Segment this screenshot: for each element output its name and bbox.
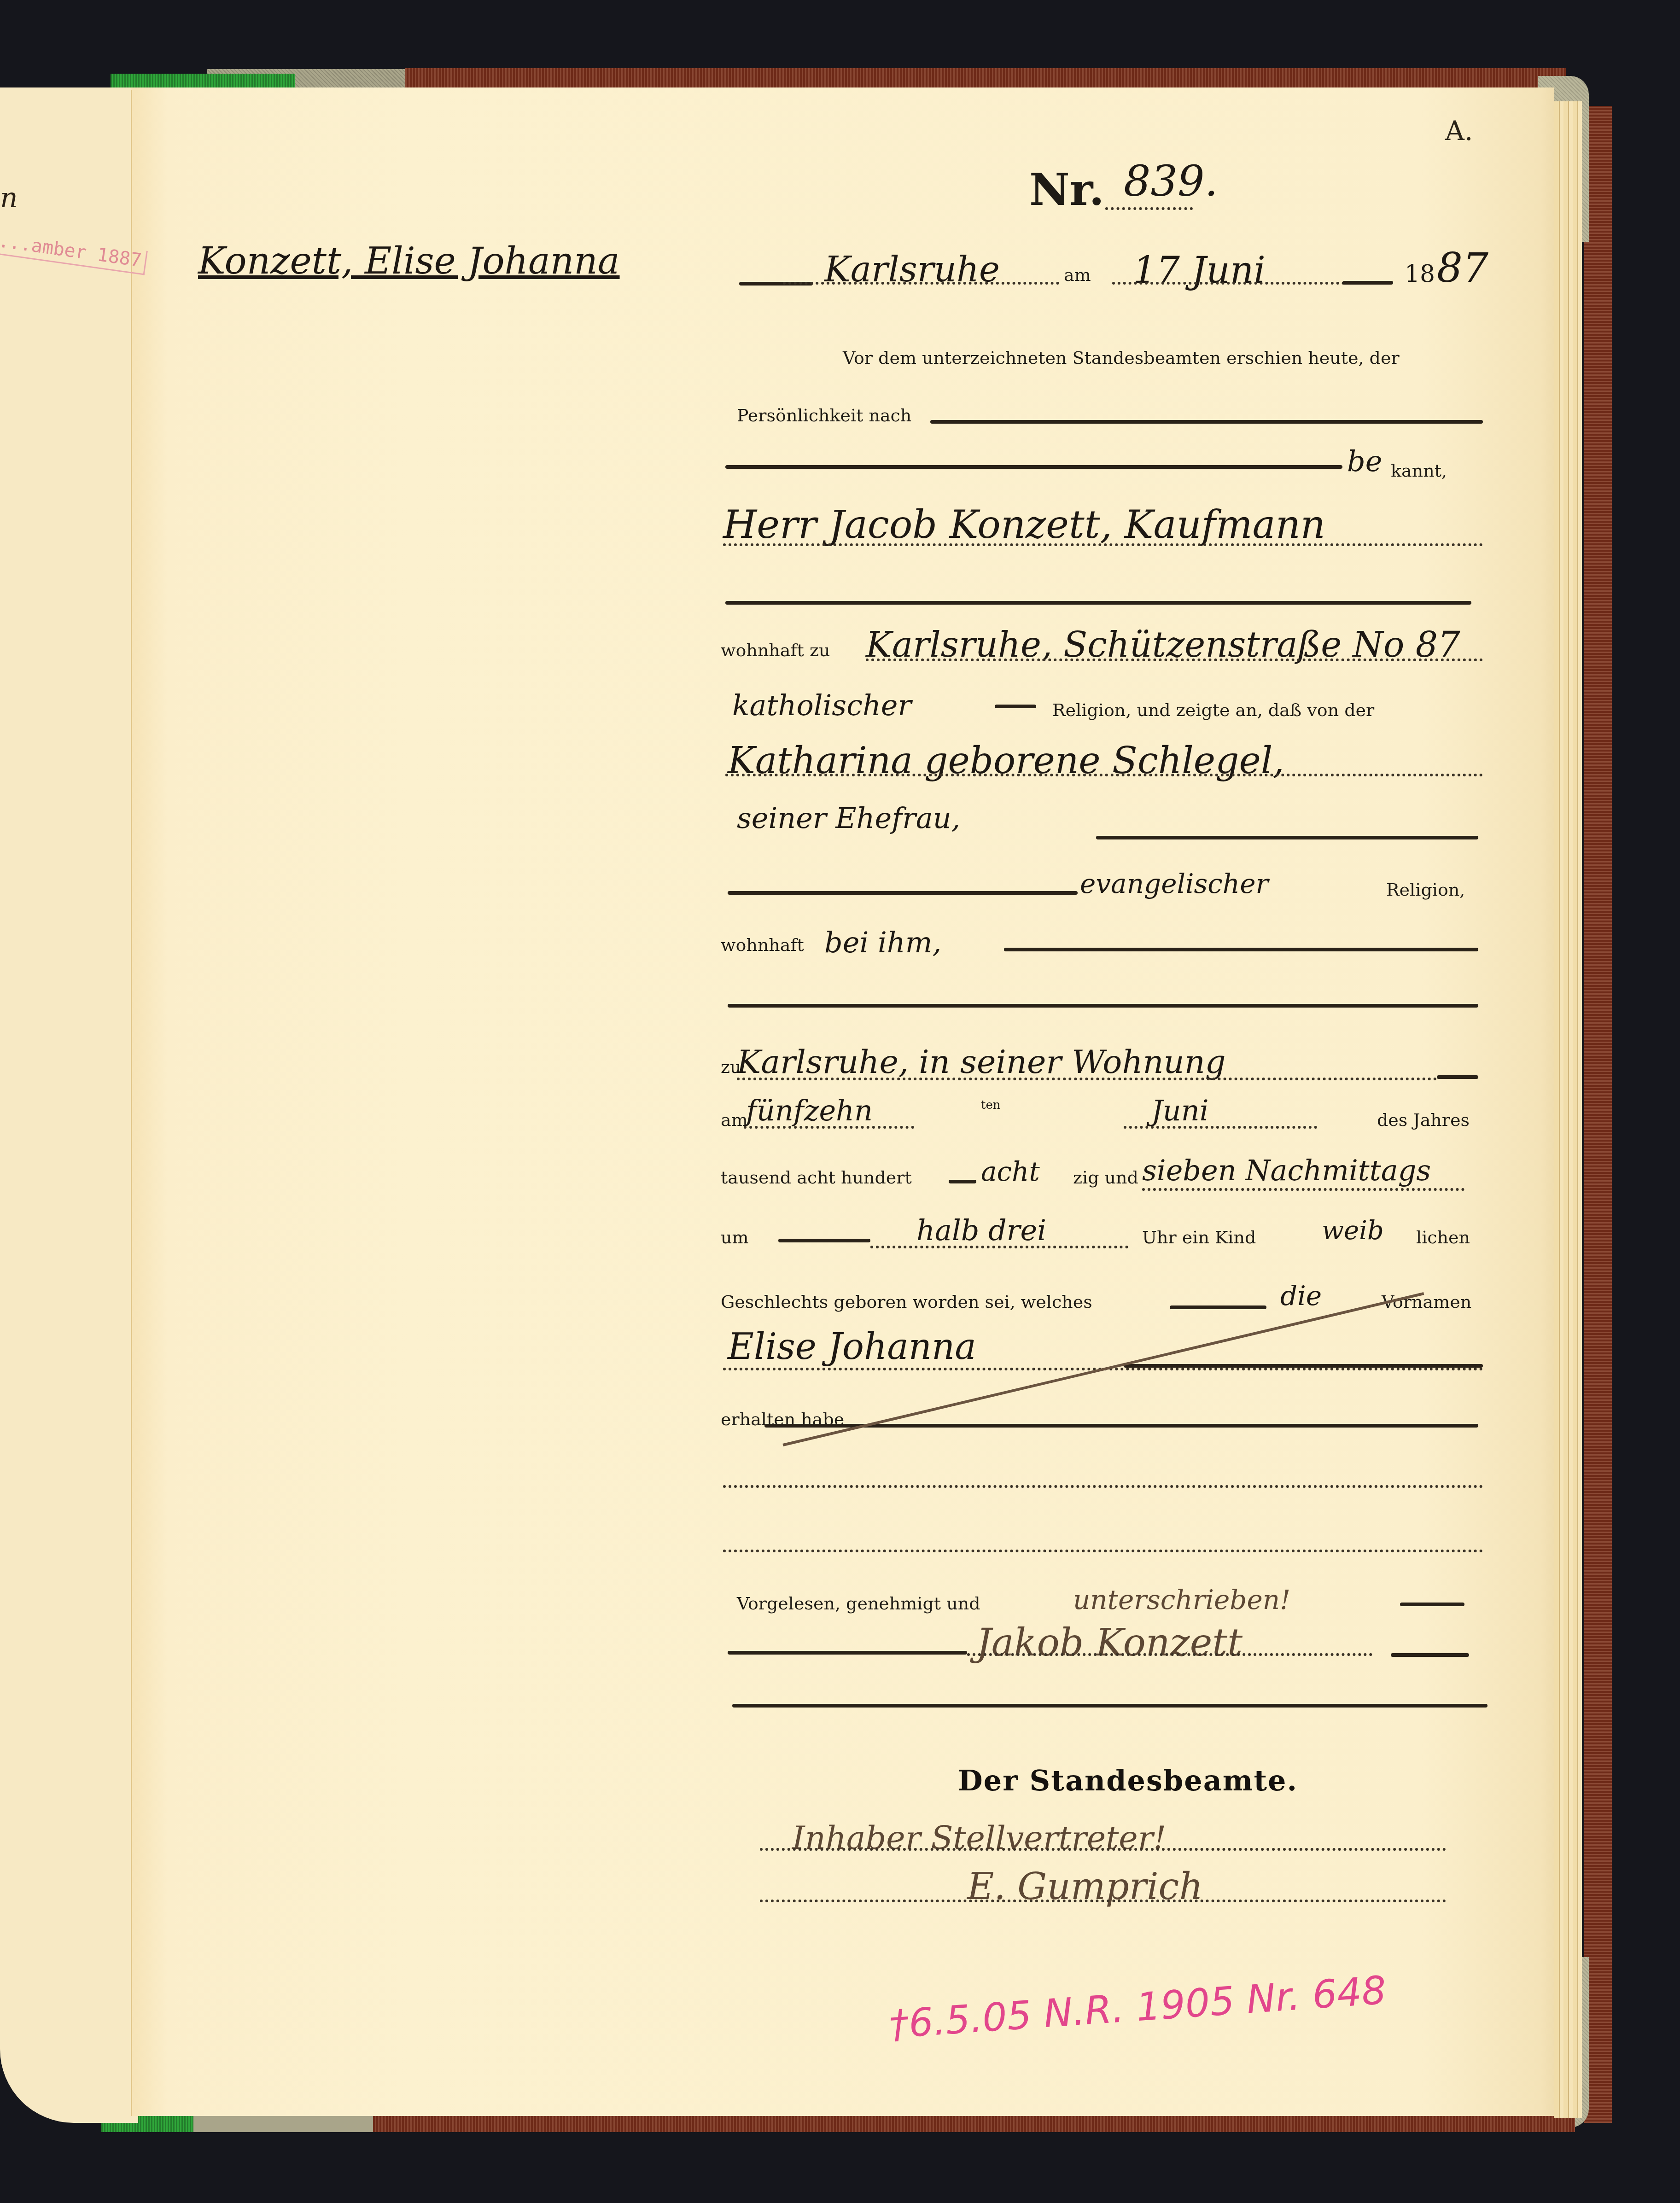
form-text-vornamen: Vornamen — [1382, 1292, 1471, 1312]
left-page-text-fragment: n — [0, 182, 18, 214]
mother-religion: evangelischer — [1080, 868, 1268, 899]
filled-rule — [778, 1239, 870, 1242]
birth-place: Karlsruhe, in seiner Wohnung — [737, 1043, 1226, 1081]
informant-name: Herr Jacob Konzett, Kaufmann — [723, 502, 1325, 547]
form-text-kannt: kannt, — [1391, 460, 1447, 481]
form-label-um: um — [721, 1227, 749, 1247]
form-text-tausend: tausend acht hundert — [721, 1167, 912, 1188]
entry-number-label: Nr. — [1029, 163, 1104, 216]
informant-signature: Jakob Konzett — [976, 1621, 1242, 1665]
filled-rule — [725, 465, 1342, 469]
dotted-line — [1124, 1126, 1317, 1129]
filled-rule — [728, 891, 1078, 895]
form-text-zig-und: zig und — [1073, 1167, 1138, 1188]
form-text-intro: Vor dem unterzeichneten Standesbeamten e… — [843, 348, 1400, 368]
child-sex: weib — [1322, 1216, 1384, 1246]
year-unit-and-daytime: sieben Nachmittags — [1142, 1154, 1431, 1187]
handwritten-be: be — [1347, 444, 1382, 478]
dotted-line — [723, 1485, 1483, 1488]
filled-rule — [1342, 281, 1393, 285]
filled-rule — [1124, 1364, 1483, 1368]
filled-rule — [1004, 948, 1478, 951]
filled-rule — [1400, 1603, 1464, 1606]
filled-rule — [949, 1180, 976, 1183]
form-label-wohnhaft-zu: wohnhaft zu — [721, 640, 830, 660]
form-text-ten: ten — [981, 1098, 1001, 1112]
registrar-role: Inhaber Stellvertreter! — [792, 1819, 1166, 1857]
form-text-des-jahres: des Jahres — [1377, 1110, 1470, 1130]
form-text-religion: Religion, — [1386, 880, 1465, 900]
year-prefix: 18 — [1405, 260, 1435, 288]
form-label-wohnhaft: wohnhaft — [721, 935, 804, 955]
form-text-religion-anzeige: Religion, und zeigte an, daß von der — [1052, 700, 1374, 720]
dotted-line — [967, 1653, 1372, 1656]
filled-rule — [732, 1704, 1487, 1708]
dotted-line — [760, 1900, 1446, 1902]
form-text-uhr-ein-kind: Uhr ein Kind — [1142, 1227, 1256, 1247]
dotted-line — [723, 1550, 1483, 1552]
form-text-lichen: lichen — [1416, 1227, 1470, 1247]
book-cover-right-edge — [1584, 106, 1612, 2123]
book-cover-bottom-edge — [368, 2114, 1575, 2132]
label-am: am — [1064, 265, 1091, 285]
mother-relation: seiner Ehefrau, — [737, 801, 960, 835]
registrar-title: Der Standesbeamte. — [958, 1764, 1298, 1797]
filled-rule — [1096, 836, 1478, 839]
dotted-line — [866, 659, 1483, 661]
mother-residence: bei ihm, — [824, 926, 941, 959]
birth-month: Juni — [1151, 1094, 1209, 1127]
dotted-line — [744, 1126, 914, 1129]
child-pronoun: die — [1280, 1280, 1322, 1311]
filled-rule — [1437, 1075, 1478, 1079]
child-given-names: Elise Johanna — [728, 1326, 976, 1368]
form-text-geschlechts: Geschlechts geboren worden sei, welches — [721, 1292, 1092, 1312]
dotted-line — [725, 774, 1483, 776]
page-stack-edges — [1554, 101, 1582, 2118]
form-text-vorgelesen: Vorgelesen, genehmigt und — [737, 1593, 980, 1614]
filled-rule — [728, 1651, 967, 1655]
dotted-line — [760, 1848, 1446, 1851]
dotted-line — [737, 1078, 1437, 1080]
left-page — [0, 87, 138, 2123]
informant-religion: katholischer — [732, 688, 911, 722]
dotted-line — [783, 282, 1059, 285]
year-suffix: 87 — [1437, 244, 1488, 291]
form-label-persoenlichkeit: Persönlichkeit nach — [737, 405, 911, 425]
entry-number: 839. — [1124, 157, 1218, 206]
filled-rule — [930, 420, 1483, 424]
page-letter: A. — [1445, 115, 1473, 146]
filled-rule — [725, 601, 1471, 605]
filled-rule — [1170, 1305, 1266, 1309]
dotted-line — [723, 543, 1483, 546]
filled-rule — [1391, 1653, 1469, 1657]
year-decade: acht — [981, 1156, 1040, 1187]
margin-child-name: Konzett, Elise Johanna — [198, 239, 620, 282]
book-cover-top-edge — [405, 68, 1566, 90]
filled-rule — [995, 705, 1036, 708]
dotted-line — [1105, 207, 1193, 210]
filled-rule — [728, 1004, 1478, 1008]
signed-word: unterschrieben! — [1073, 1584, 1290, 1615]
registration-date: 17 Juni — [1133, 249, 1266, 291]
birth-time: halb drei — [916, 1213, 1046, 1247]
birth-day: fünfzehn — [746, 1094, 873, 1127]
dotted-line — [1142, 1188, 1464, 1191]
page-gutter — [131, 90, 132, 2116]
dotted-line — [870, 1246, 1128, 1248]
